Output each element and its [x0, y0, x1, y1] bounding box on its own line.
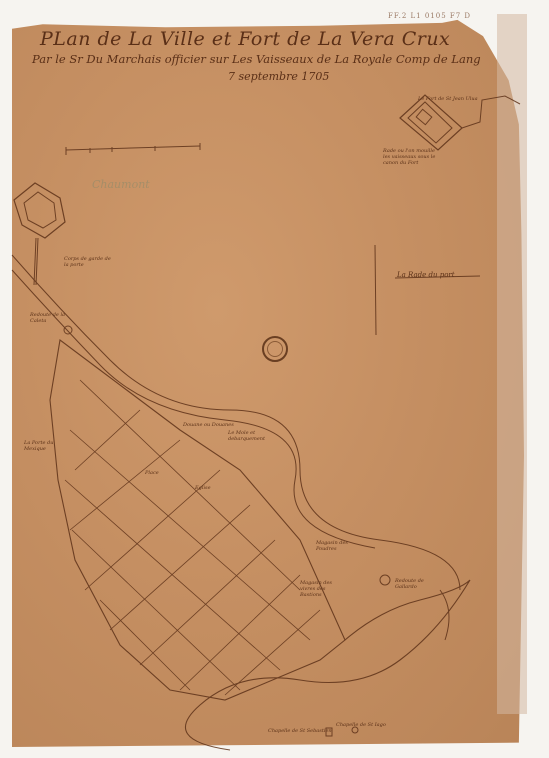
fort-st-jean-icon	[400, 95, 520, 150]
label-magasin-poudre: Magasin des Poudres	[316, 540, 366, 552]
label-corps-de-garde: Corps de garde de la porte	[64, 256, 114, 268]
label-porte-mexique: La Porte du Mexique	[24, 440, 58, 452]
label-fort-st-jean: Le Fort de St Jean Ulua	[418, 96, 478, 102]
label-place: Place	[145, 470, 159, 476]
label-eglise: Eglise	[195, 485, 211, 491]
fort-northwest-icon	[14, 183, 65, 285]
label-magasin-bastions: Magasin des vivres des Bastions	[300, 580, 340, 598]
label-mole: Le Mole et debarquement	[228, 430, 268, 442]
scale-bar	[66, 143, 200, 155]
pencil-annotation: Chaumont	[92, 178, 150, 191]
label-redoute-nord: Redoute de la Caleta	[30, 312, 70, 324]
label-redoute-sud: Redoute de Gallardo	[395, 578, 435, 590]
label-chapelle-sebastien: Chapelle de St Sebastien	[268, 728, 332, 734]
library-seal-icon	[262, 336, 288, 362]
label-douane: Douane ou Douanes	[183, 422, 234, 428]
label-rade-du-port: La Rade du port	[397, 272, 455, 278]
map-drawing	[0, 0, 549, 758]
label-chapelle-iago: Chapelle de St Iago	[336, 722, 386, 728]
label-rade-fort: Rade ou l'on mouille les vaisseaux sous …	[383, 148, 443, 166]
